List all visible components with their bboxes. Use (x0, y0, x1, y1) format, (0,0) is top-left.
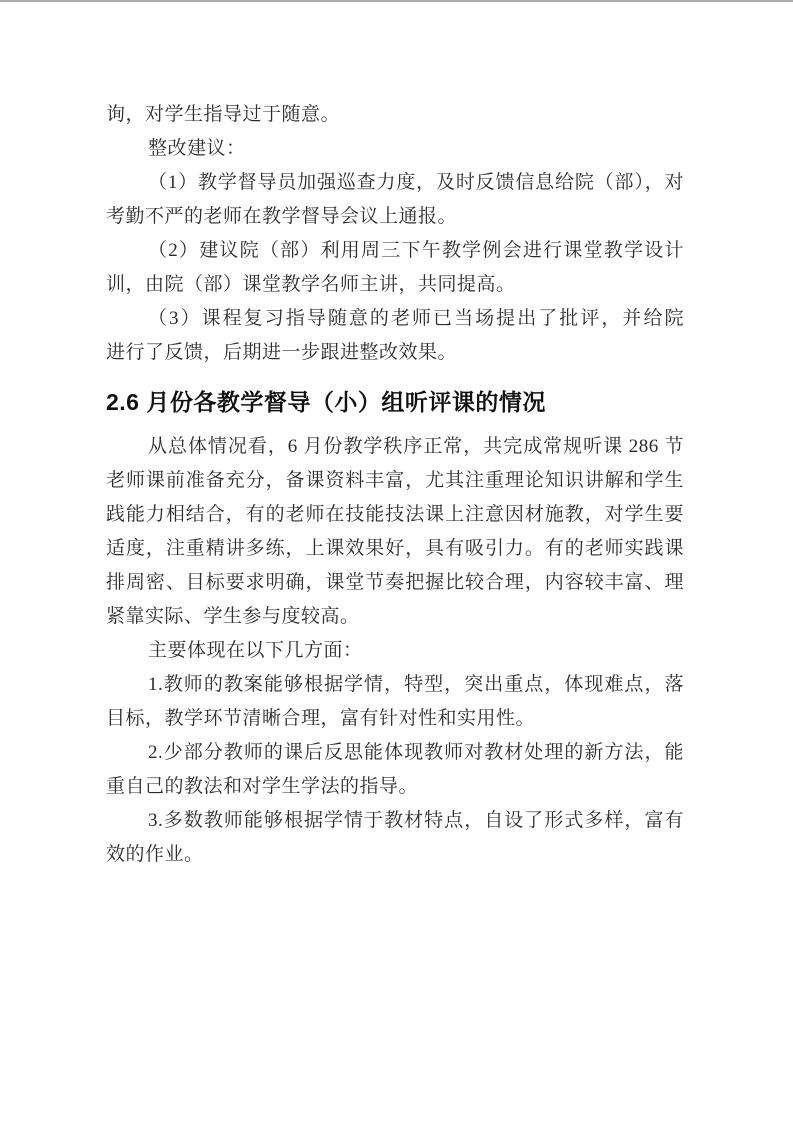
paragraph: 3.多数教师能够根据学情于教材特点，自设了形式多样，富有成效的作业。 (106, 804, 684, 872)
text-line: 3.多数教师能够根据学情于教材特点，自设了形式多样，富有成 (106, 804, 684, 838)
text-line: 适度，注重精讲多练，上课效果好，具有吸引力。有的老师实践课安 (106, 532, 684, 566)
text-line: 进行了反馈，后期进一步跟进整改效果。 (106, 336, 684, 370)
paragraph: 主要体现在以下几方面： (106, 634, 684, 668)
text-line: 1.教师的教案能够根据学情，特型，突出重点，体现难点，落实 (106, 668, 684, 702)
text-line: 整改建议： (106, 132, 684, 166)
text-line: 践能力相结合，有的老师在技能技法课上注意因材施教，对学生要求 (106, 498, 684, 532)
paragraph: 2.少部分教师的课后反思能体现教师对教材处理的新方法，能侧重自己的教法和对学生学… (106, 736, 684, 804)
text-line: 目标，教学环节清晰合理，富有针对性和实用性。 (106, 702, 684, 736)
paragraph: （1）教学督导员加强巡查力度，及时反馈信息给院（部），对考勤不严的老师在教学督导… (106, 166, 684, 234)
text-line: 排周密、目标要求明确，课堂节奏把握比较合理，内容较丰富、理论 (106, 566, 684, 600)
text-line: （1）教学督导员加强巡查力度，及时反馈信息给院（部），对 (106, 166, 684, 200)
text-line: 训，由院（部）课堂教学名师主讲，共同提高。 (106, 268, 684, 302)
paragraph: （3）课程复习指导随意的老师已当场提出了批评，并给院（部）进行了反馈，后期进一步… (106, 302, 684, 370)
text-line: 重自己的教法和对学生学法的指导。 (106, 770, 684, 804)
text-line: 老师课前准备充分，备课资料丰富，尤其注重理论知识讲解和学生实 (106, 464, 684, 498)
paragraph: （2）建议院（部）利用周三下午教学例会进行课堂教学设计培训，由院（部）课堂教学名… (106, 234, 684, 302)
text-line: 询，对学生指导过于随意。 (106, 98, 684, 132)
paragraph: 1.教师的教案能够根据学情，特型，突出重点，体现难点，落实目标，教学环节清晰合理… (106, 668, 684, 736)
paragraph: 询，对学生指导过于随意。 (106, 98, 684, 132)
text-line: 紧靠实际、学生参与度较高。 (106, 600, 684, 634)
text-line: 2.少部分教师的课后反思能体现教师对教材处理的新方法，能侧 (106, 736, 684, 770)
section-heading: 2.6 月份各教学督导（小）组听评课的情况 (106, 386, 684, 418)
text-line: 从总体情况看，6 月份教学秩序正常，共完成常规听课 286 节次。 (106, 430, 684, 464)
paragraph: 从总体情况看，6 月份教学秩序正常，共完成常规听课 286 节次。老师课前准备充… (106, 430, 684, 634)
text-line: （2）建议院（部）利用周三下午教学例会进行课堂教学设计培 (106, 234, 684, 268)
scan-artifact-line (0, 0, 793, 2)
text-line: 效的作业。 (106, 838, 684, 872)
text-line: 考勤不严的老师在教学督导会议上通报。 (106, 200, 684, 234)
paragraph: 整改建议： (106, 132, 684, 166)
text-line: （3）课程复习指导随意的老师已当场提出了批评，并给院（部） (106, 302, 684, 336)
document-body: 询，对学生指导过于随意。整改建议：（1）教学督导员加强巡查力度，及时反馈信息给院… (106, 98, 684, 872)
text-line: 主要体现在以下几方面： (106, 634, 684, 668)
